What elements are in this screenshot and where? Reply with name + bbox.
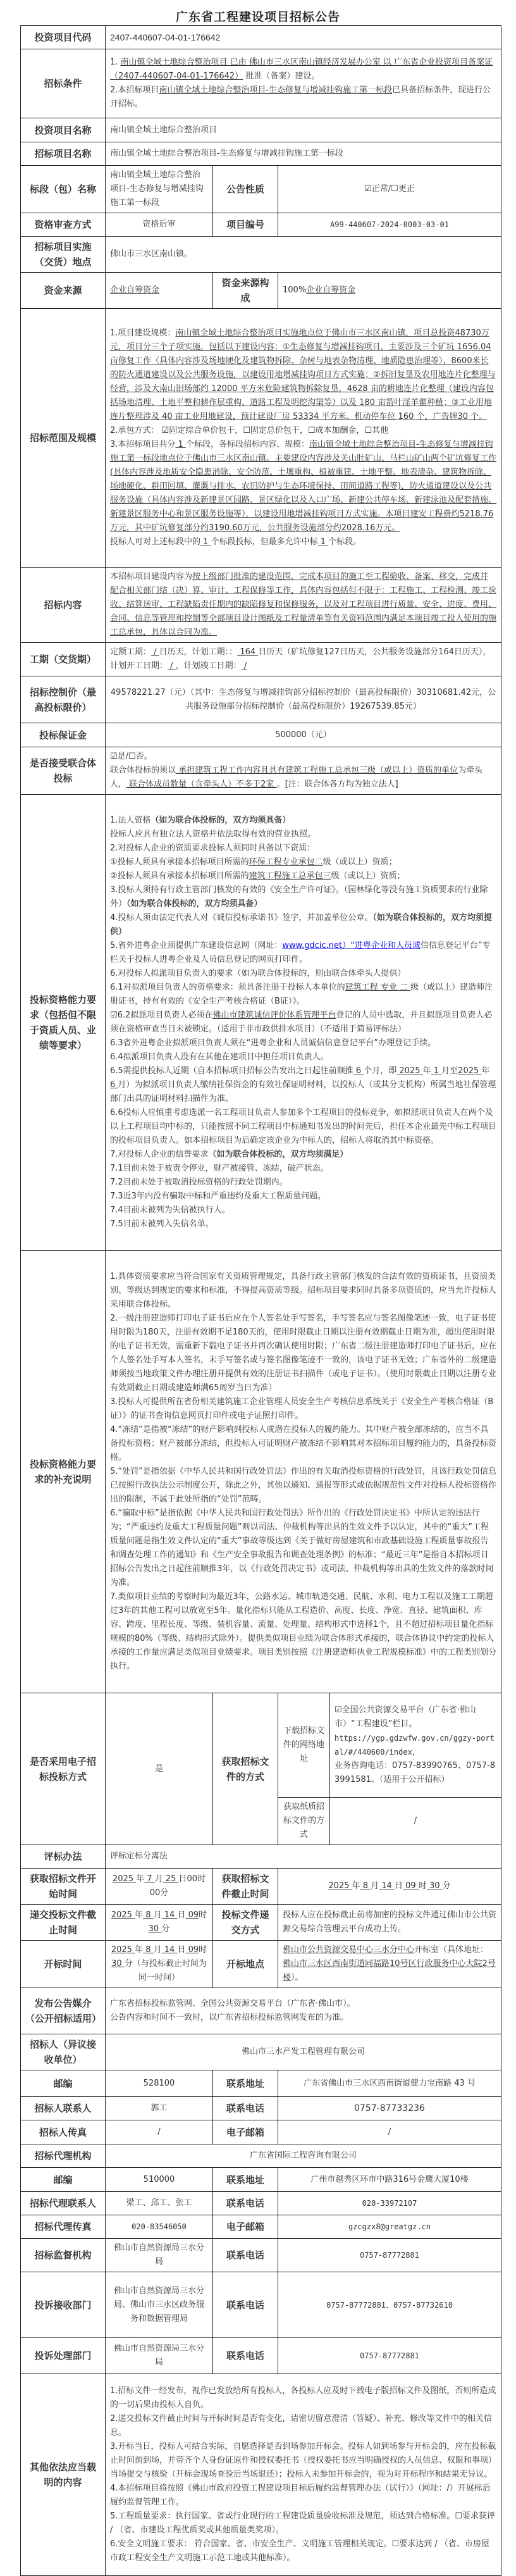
row-location: 招标项目实施（交货）地点 佛山市三水区南山镇。 [21,237,501,273]
project-no-label: 项目编号 [213,213,278,237]
row-media: 发布公告媒介（公开招标适用） 广东省招标投标监管网、全国公共资源交易平台（广东省… [21,1988,501,2034]
row-complaint-handle: 投诉处理部门 佛山市自然资源局三水分局 联系电话 0757-87772881 [21,2338,501,2374]
opening-place-label: 开标地点 [213,1941,278,1988]
supplement-value: 1.具体资质要求应当符合国家有关资质管理规定，具备行政主管部门核发的合法有效的资… [106,1251,501,1693]
label: 招标范围及规模 [21,309,106,568]
complaint-recv-phone-value: 0757-87772881、0757-87732610 [278,2272,501,2338]
scope-value: 1.项目建设规模：南山镇全域土地综合整治项目实施地点位于佛山市三水区南山镇，项目… [106,309,501,568]
fund-source-value: 企业自筹资金 [106,273,213,309]
label: 招标人（异议接收单位） [21,2034,106,2070]
tenderer-contact-value: 郭工 [106,2097,213,2120]
label: 投资项目名称 [21,118,106,142]
obtain-docs-label: 获取招标文件的方式 [213,1693,278,1845]
row-agency-fax: 招标代理传真 020-83546050 电子邮箱 gzcgzx8@greatgz… [21,2215,501,2239]
label: 招标代理联系人 [21,2192,106,2215]
label: 招标项目名称 [21,142,106,166]
doc-end-time: 2025 年 8 月 14 日 09 时 30 分 [278,1869,501,1905]
row-other: 其他依法应当载明的内容 1.招标文件一经发布，视作已发放给所有投标人，各投标人应… [21,2374,501,2576]
label: 邮编 [21,2168,106,2192]
agency-email-label: 电子邮箱 [213,2215,278,2239]
label: 资金来源 [21,273,106,309]
notice-page: 广东省工程建设项目招标公告 投资项目代码 2407-440607-04-01-1… [0,0,516,2576]
label: 招标监督机构 [21,2239,106,2272]
label: 邮编 [21,2070,106,2097]
fund-composition-value: 100%企业自筹资金 [278,273,501,309]
fund-composition-label: 资金来源构成 [213,273,278,309]
agency-value: 广东省国际工程咨询有限公司 [106,2144,501,2168]
opening-place-value: 佛山市公共资源交易中心三水分中心开标室（具体地址：佛山市三水区西南街道同福路10… [278,1941,501,1988]
media-value: 广东省招标投标监管网、全国公共资源交易平台（广东省·佛山市）。 公告内容和时间不… [106,1988,501,2034]
electronic-value: 是 [106,1693,213,1845]
gdcic-link[interactable]: www.gdcic.net）“进粤企业和人员诚 [282,941,420,950]
complaint-handle-phone-label: 联系电话 [213,2338,278,2374]
doc-end-label: 获取招标文件截止时间 [213,1869,278,1905]
label: 投诉接收部门 [21,2272,106,2338]
agency-contact-value: 梁工、邱工、张工 [106,2192,213,2215]
agency-phone-value: 020-33972107 [278,2192,501,2215]
label: 获取招标文件开始时间 [21,1869,106,1905]
tenderer-email-label: 电子邮箱 [213,2120,278,2144]
schedule-value: 定额工期： / 日历天，计划工期：： 164 日历天（矿坑修复127日历天，公共… [106,643,501,676]
supervision-value: 佛山市自然资源局三水分局 [106,2239,213,2272]
row-investment-name: 投资项目名称 南山镇全域土地综合整治项目 [21,118,501,142]
row-tenderer-zip: 邮编 528100 联系地址 广东省佛山市三水区西南街道健力宝南路 43 号 [21,2070,501,2097]
agency-phone-label: 联系电话 [213,2192,278,2215]
submission-deadline: 2025 年 8 月 14 日 09时 30 分 [106,1905,213,1941]
row-fund-source: 资金来源 企业自筹资金 资金来源构成 100%企业自筹资金 [21,273,501,309]
row-complaint-recv: 投诉接收部门 佛山市自然资源局三水分局、佛山市三水区政务服务和数据管理局 联系电… [21,2272,501,2338]
row-qualification: 投标资格能力要求（包括但不限于资质人员、业绩等要求） 1.法人资格（如为联合体投… [21,795,501,1251]
row-agency: 招标代理机构 广东省国际工程咨询有限公司 [21,2144,501,2168]
row-investment-code: 投资项目代码 2407-440607-04-01-176642 [21,26,501,49]
paper-docs-label: 获取纸质招标文件的方式 [278,1798,330,1845]
row-content: 招标内容 本招标项目建设内容为按上级部门批准的建设范围，完成本项目的施工至工程验… [21,568,501,643]
tenderer-phone-value: 0757-87733236 [278,2097,501,2120]
label: 招标条件 [21,49,106,118]
row-section-name: 标段（包）名称 南山镇全域土地综合整治项目-生态修复与增减挂钩施工第一标段 公告… [21,166,501,213]
label: 招标人联系人 [21,2097,106,2120]
section-name-value: 南山镇全域土地综合整治项目-生态修复与增减挂钩施工第一标段 [106,166,213,213]
row-supplement: 投标资格能力要求的补充说明 1.具体资质要求应当符合国家有关资质管理规定，具备行… [21,1251,501,1693]
supervision-phone-value: 0757-87772881 [278,2239,501,2272]
label: 是否采用电子招标投标方式 [21,1693,106,1845]
row-doc-time: 获取招标文件开始时间 2025 年 7 月 25 日00时00分 获取招标文件截… [21,1869,501,1905]
row-bid-bond: 投标保证金 500000（元） [21,723,501,747]
control-price-value: 49578221.27（元）（其中：生态修复与增减挂钩部分招标控制价（最高投标限… [106,676,501,723]
agency-fax-value: 020-83546050 [106,2215,213,2239]
notice-type-label: 公告性质 [213,166,278,213]
row-tenderer-contact: 招标人联系人 郭工 联系电话 0757-87733236 [21,2097,501,2120]
label: 投资项目代码 [21,26,106,49]
content-value: 本招标项目建设内容为按上级部门批准的建设范围，完成本项目的施工至工程验收、备案、… [106,568,501,643]
paper-docs-value: / [330,1798,501,1845]
label: 招标控制价（最高投标限价） [21,676,106,723]
row-consortium: 是否接受联合体投标 ☑是/☐否。 联合体投标的须以 承担建筑工程工作内容且具有建… [21,747,501,795]
investment-name-value: 南山镇全域土地综合整治项目 [106,118,501,142]
agency-zip-value: 510000 [106,2168,213,2192]
label: 评标办法 [21,1845,106,1869]
row-supervision: 招标监督机构 佛山市自然资源局三水分局 联系电话 0757-87772881 [21,2239,501,2272]
complaint-recv-value: 佛山市自然资源局三水分局、佛山市三水区政务服务和数据管理局 [106,2272,213,2338]
evaluation-value: 评标定标分离法 [106,1845,501,1869]
notice-type-checkbox: ☑正常/☐更正 [278,166,501,213]
label: 递交投标文件截止时间 [21,1905,106,1941]
tenderer-value: 佛山市三水产发工程管理有限公司 [106,2034,501,2070]
row-qualification-review: 资格审查方式 资格后审 项目编号 A99-440607-2024-0003-03… [21,213,501,237]
other-value: 1.招标文件一经发布，视作已发放给所有投标人，各投标人应及时下载电子版招标文件及… [106,2374,501,2576]
supervision-phone-label: 联系电话 [213,2239,278,2272]
submission-method-value: 投标人应在投标截止前将加密的投标文件通过佛山市公共资源交易综合管理云平台成功上传… [278,1905,501,1941]
row-opening: 开标时间 2025 年 8 月 14 日 09时 30 分（与投标截止时间为同一… [21,1941,501,1988]
tenderer-email-value: / [278,2120,501,2144]
row-evaluation: 评标办法 评标定标分离法 [21,1845,501,1869]
tender-name-value: 南山镇全域土地综合整治项目-生态修复与增减挂钩施工第一标段 [106,142,501,166]
label: 投标资格能力要求（包括但不限于资质人员、业绩等要求） [21,795,106,1251]
project-no-value: A99-440607-2024-0003-03-01 [278,213,501,237]
label: 招标代理机构 [21,2144,106,2168]
qualification-value: 1.法人资格（如为联合体投标的，双方均须具备） 投标人应具有独立法人资格并依法取… [106,795,501,1251]
investment-code-value: 2407-440607-04-01-176642 [106,26,501,49]
row-scope: 招标范围及规模 1.项目建设规模：南山镇全域土地综合整治项目实施地点位于佛山市三… [21,309,501,568]
row-agency-contact: 招标代理联系人 梁工、邱工、张工 联系电话 020-33972107 [21,2192,501,2215]
label: 招标代理传真 [21,2215,106,2239]
page-title: 广东省工程建设项目招标公告 [0,9,516,25]
label: 发布公告媒介（公开招标适用） [21,1988,106,2034]
row-tender-name: 招标项目名称 南山镇全域土地综合整治项目-生态修复与增减挂钩施工第一标段 [21,142,501,166]
tenderer-addr-value: 广东省佛山市三水区西南街道健力宝南路 43 号 [278,2070,501,2097]
consortium-value: ☑是/☐否。 联合体投标的须以 承担建筑工程工作内容且具有建筑工程施工总承包三级… [106,747,501,795]
location-value: 佛山市三水区南山镇。 [106,237,501,273]
tenderer-fax-value: / [106,2120,213,2144]
qualification-review-value: 资格后审 [106,213,213,237]
opening-time: 2025 年 8 月 14 日 09时 30 分（与投标截止时间为同一时间） [106,1941,213,1988]
row-agency-zip: 邮编 510000 联系地址 广州市越秀区环市中路316号金鹰大厦10楼 [21,2168,501,2192]
submission-method-label: 投标文件递交方式 [213,1905,278,1941]
row-control-price: 招标控制价（最高投标限价） 49578221.27（元）（其中：生态修复与增减挂… [21,676,501,723]
agency-addr-label: 联系地址 [213,2168,278,2192]
complaint-handle-phone-value: 0757-87772881 [278,2338,501,2374]
label: 标段（包）名称 [21,166,106,213]
download-url[interactable]: https://ygp.gdzwfw.gov.cn/ggzy-portal/#/… [335,1731,496,1759]
agency-addr-value: 广州市越秀区环市中路316号金鹰大厦10楼 [278,2168,501,2192]
row-electronic: 是否采用电子招标投标方式 是 获取招标文件的方式 下载招标文件的网络地址 ☑全国… [21,1693,501,1798]
tender-conditions-value: 1. 南山镇全域土地综合整治项目 已由 佛山市三水区南山镇经济发展办公室 以 广… [106,49,501,118]
label: 投诉处理部门 [21,2338,106,2374]
tenderer-addr-label: 联系地址 [213,2070,278,2097]
tenderer-zip-value: 528100 [106,2070,213,2097]
doc-start-time: 2025 年 7 月 25 日00时00分 [106,1869,213,1905]
label: 工期（交货期） [21,643,106,676]
complaint-handle-value: 佛山市自然资源局三水分局 [106,2338,213,2374]
notice-table: 投资项目代码 2407-440607-04-01-176642 招标条件 1. … [20,25,501,2576]
label: 是否接受联合体投标 [21,747,106,795]
row-submission: 递交投标文件截止时间 2025 年 8 月 14 日 09时 30 分 投标文件… [21,1905,501,1941]
label: 资格审查方式 [21,213,106,237]
label: 招标内容 [21,568,106,643]
label: 投标资格能力要求的补充说明 [21,1251,106,1693]
label: 开标时间 [21,1941,106,1988]
label: 招标人传真 [21,2120,106,2144]
complaint-recv-phone-label: 联系电话 [213,2272,278,2338]
row-tenderer: 招标人（异议接收单位） 佛山市三水产发工程管理有限公司 [21,2034,501,2070]
label: 招标项目实施（交货）地点 [21,237,106,273]
tenderer-phone-label: 联系电话 [213,2097,278,2120]
label: 其他依法应当载明的内容 [21,2374,106,2576]
row-schedule: 工期（交货期） 定额工期： / 日历天，计划工期：： 164 日历天（矿坑修复1… [21,643,501,676]
download-url-label: 下载招标文件的网络地址 [278,1693,330,1798]
agency-email-value[interactable]: gzcgzx8@greatgz.cn [278,2215,501,2239]
download-url-value: ☑全国公共资源交易平台（广东省·佛山市）“工程建设”栏目。 https://yg… [330,1693,501,1798]
bid-bond-value: 500000（元） [106,723,501,747]
label: 投标保证金 [21,723,106,747]
row-tenderer-fax: 招标人传真 / 电子邮箱 / [21,2120,501,2144]
row-tender-conditions: 招标条件 1. 南山镇全域土地综合整治项目 已由 佛山市三水区南山镇经济发展办公… [21,49,501,118]
